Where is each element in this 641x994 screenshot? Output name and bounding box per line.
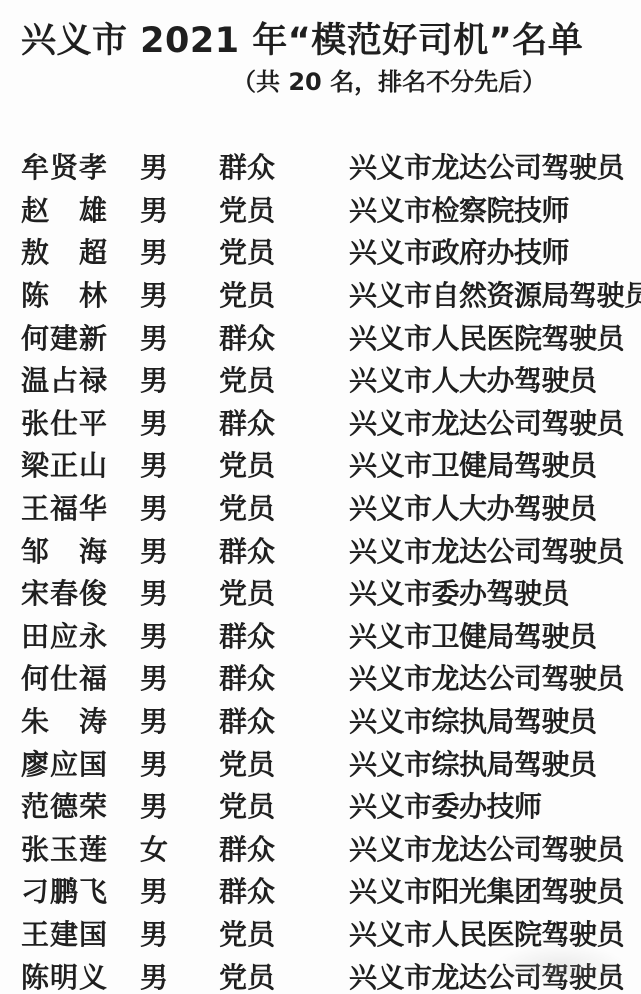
table-row: 邹海 男 群众 兴义市龙达公司驾驶员 (0, 530, 641, 573)
cell-unit: 兴义市卫健局驾驶员 (349, 623, 597, 651)
table-row: 温占禄 男 党员 兴义市人大办驾驶员 (0, 360, 641, 403)
cell-unit: 兴义市政府办技师 (349, 239, 569, 267)
cell-membership: 党员 (219, 197, 275, 225)
cell-name: 梁正山 (21, 452, 107, 480)
cell-name: 张玉莲 (21, 836, 107, 864)
table-row: 刁鹏飞 男 群众 兴义市阳光集团驾驶员 (0, 871, 641, 914)
cell-gender: 男 (140, 751, 168, 779)
cell-name: 陈明义 (21, 964, 107, 992)
cell-unit: 兴义市龙达公司驾驶员 (349, 665, 624, 693)
cell-name: 宋春俊 (21, 580, 107, 608)
cell-unit: 兴义市自然资源局驾驶员 (349, 282, 641, 310)
cell-unit: 兴义市人民医院驾驶员 (349, 921, 624, 949)
cell-name: 陈林 (21, 282, 107, 310)
cell-membership: 群众 (219, 410, 275, 438)
cell-membership: 群众 (219, 154, 275, 182)
cell-name: 王福华 (21, 495, 107, 523)
cell-membership: 群众 (219, 708, 275, 736)
cell-name: 朱涛 (21, 708, 107, 736)
cell-membership: 党员 (219, 282, 275, 310)
table-row: 朱涛 男 群众 兴义市综执局驾驶员 (0, 701, 641, 744)
cell-membership: 群众 (219, 878, 275, 906)
cell-gender: 男 (140, 197, 168, 225)
table-row: 梁正山 男 党员 兴义市卫健局驾驶员 (0, 445, 641, 488)
cell-membership: 党员 (219, 495, 275, 523)
table-row: 张仕平 男 群众 兴义市龙达公司驾驶员 (0, 403, 641, 446)
cell-unit: 兴义市委办驾驶员 (349, 580, 569, 608)
cell-membership: 党员 (219, 239, 275, 267)
cell-membership: 党员 (219, 751, 275, 779)
cell-unit: 兴义市人大办驾驶员 (349, 495, 597, 523)
table-row: 廖应国 男 党员 兴义市综执局驾驶员 (0, 743, 641, 786)
table-row: 何仕福 男 群众 兴义市龙达公司驾驶员 (0, 658, 641, 701)
cell-name: 刁鹏飞 (21, 878, 107, 906)
cell-gender: 女 (140, 836, 168, 864)
table-row: 宋春俊 男 党员 兴义市委办驾驶员 (0, 573, 641, 616)
cell-gender: 男 (140, 964, 168, 992)
page-title: 兴义市 2021 年“模范好司机”名单 (21, 13, 583, 63)
cell-name: 邹海 (21, 538, 107, 566)
table-row: 王福华 男 党员 兴义市人大办驾驶员 (0, 488, 641, 531)
cell-unit: 兴义市综执局驾驶员 (349, 708, 597, 736)
cell-name: 廖应国 (21, 751, 107, 779)
cell-membership: 党员 (219, 793, 275, 821)
cell-name: 王建国 (21, 921, 107, 949)
cell-membership: 党员 (219, 580, 275, 608)
cell-membership: 群众 (219, 623, 275, 651)
cell-gender: 男 (140, 410, 168, 438)
cell-gender: 男 (140, 921, 168, 949)
table-row: 范德荣 男 党员 兴义市委办技师 (0, 786, 641, 829)
cell-gender: 男 (140, 495, 168, 523)
document-page: 兴义市 2021 年“模范好司机”名单 （共 20 名，排名不分先后） 牟贤孝 … (0, 0, 641, 994)
table-row: 赵雄 男 党员 兴义市检察院技师 (0, 190, 641, 233)
table-row: 何建新 男 群众 兴义市人民医院驾驶员 (0, 317, 641, 360)
table-row: 王建国 男 党员 兴义市人民医院驾驶员 (0, 914, 641, 957)
cell-name: 何建新 (21, 325, 107, 353)
table-row: 敖超 男 党员 兴义市政府办技师 (0, 232, 641, 275)
cell-gender: 男 (140, 239, 168, 267)
cell-name: 张仕平 (21, 410, 107, 438)
cell-name: 温占禄 (21, 367, 107, 395)
cell-gender: 男 (140, 580, 168, 608)
roster-list: 牟贤孝 男 群众 兴义市龙达公司驾驶员 赵雄 男 党员 兴义市检察院技师 敖超 … (0, 147, 641, 994)
cell-gender: 男 (140, 793, 168, 821)
cell-gender: 男 (140, 665, 168, 693)
cell-membership: 党员 (219, 964, 275, 992)
cell-gender: 男 (140, 538, 168, 566)
cell-name: 赵雄 (21, 197, 107, 225)
cell-membership: 群众 (219, 665, 275, 693)
table-row: 牟贤孝 男 群众 兴义市龙达公司驾驶员 (0, 147, 641, 190)
cell-unit: 兴义市龙达公司驾驶员 (349, 964, 624, 992)
cell-gender: 男 (140, 623, 168, 651)
table-row: 陈明义 男 党员 兴义市龙达公司驾驶员 (0, 956, 641, 994)
table-row: 陈林 男 党员 兴义市自然资源局驾驶员 (0, 275, 641, 318)
cell-unit: 兴义市人民医院驾驶员 (349, 325, 624, 353)
page-subtitle: （共 20 名，排名不分先后） (232, 62, 546, 97)
cell-unit: 兴义市龙达公司驾驶员 (349, 836, 624, 864)
cell-membership: 党员 (219, 367, 275, 395)
cell-name: 范德荣 (21, 793, 107, 821)
cell-unit: 兴义市龙达公司驾驶员 (349, 154, 624, 182)
cell-membership: 群众 (219, 538, 275, 566)
cell-gender: 男 (140, 878, 168, 906)
cell-gender: 男 (140, 282, 168, 310)
cell-gender: 男 (140, 452, 168, 480)
cell-membership: 党员 (219, 452, 275, 480)
cell-unit: 兴义市检察院技师 (349, 197, 569, 225)
cell-gender: 男 (140, 325, 168, 353)
cell-membership: 群众 (219, 836, 275, 864)
table-row: 田应永 男 群众 兴义市卫健局驾驶员 (0, 616, 641, 659)
cell-membership: 党员 (219, 921, 275, 949)
cell-unit: 兴义市综执局驾驶员 (349, 751, 597, 779)
cell-name: 何仕福 (21, 665, 107, 693)
cell-unit: 兴义市龙达公司驾驶员 (349, 538, 624, 566)
cell-gender: 男 (140, 367, 168, 395)
cell-gender: 男 (140, 154, 168, 182)
cell-name: 敖超 (21, 239, 107, 267)
cell-unit: 兴义市龙达公司驾驶员 (349, 410, 624, 438)
table-row: 张玉莲 女 群众 兴义市龙达公司驾驶员 (0, 829, 641, 872)
cell-unit: 兴义市人大办驾驶员 (349, 367, 597, 395)
cell-unit: 兴义市卫健局驾驶员 (349, 452, 597, 480)
cell-membership: 群众 (219, 325, 275, 353)
cell-gender: 男 (140, 708, 168, 736)
cell-unit: 兴义市阳光集团驾驶员 (349, 878, 624, 906)
cell-unit: 兴义市委办技师 (349, 793, 542, 821)
cell-name: 田应永 (21, 623, 107, 651)
cell-name: 牟贤孝 (21, 154, 107, 182)
